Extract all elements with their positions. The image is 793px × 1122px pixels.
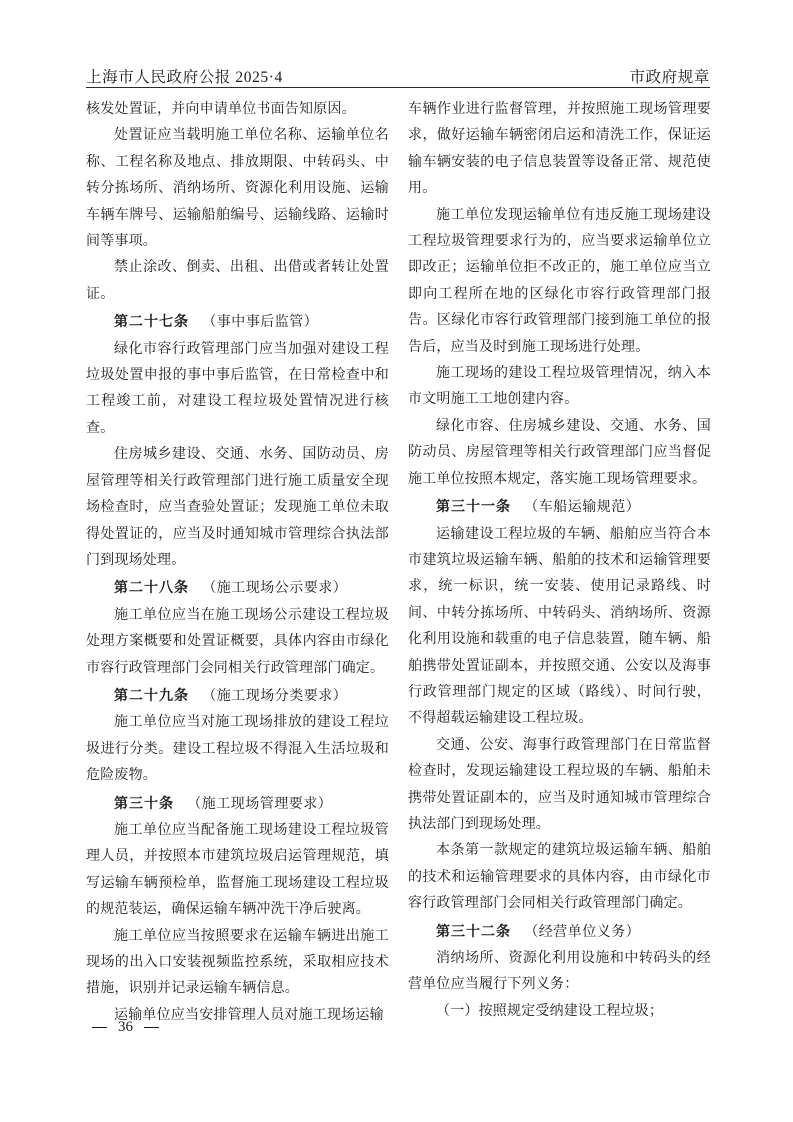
article-heading: 第二十七条（事中事后监管） (86, 308, 389, 336)
article-title: （车船运输规范） (524, 500, 640, 515)
paragraph: 施工单位应当按照要求在运输车辆进出施工现场的出入口安装视频监控系统，采取相应技术… (86, 924, 389, 1003)
paragraph: 住房城乡建设、交通、水务、国防动员、房屋管理等相关行政管理部门进行施工质量安全现… (86, 442, 389, 574)
article-heading: 第三十二条（经营单位义务） (408, 918, 711, 946)
paragraph: 消纳场所、资源化利用设施和中转码头的经营单位应当履行下列义务： (408, 946, 711, 999)
paragraph: 禁止涂改、倒卖、出租、出借或者转让处置证。 (86, 255, 389, 308)
paragraph: （一）按照规定受纳建设工程垃圾； (408, 999, 711, 1025)
paragraph: 施工单位应当对施工现场排放的建设工程垃圾进行分类。建设工程垃圾不得混入生活垃圾和… (86, 710, 389, 789)
article-heading: 第三十一条（车船运输规范） (408, 493, 711, 521)
paragraph: 施工单位应当配备施工现场建设工程垃圾管理人员，并按照本市建筑垃圾启运管理规范，填… (86, 818, 389, 924)
footer-right-dash: — (144, 1019, 159, 1036)
article-title: （施工现场管理要求） (187, 797, 332, 812)
article-title: （施工现场公示要求） (202, 581, 347, 596)
page-footer: — 36 — (92, 1019, 159, 1036)
article-number: 第三十一条 (436, 498, 511, 514)
article-number: 第二十八条 (114, 579, 189, 595)
paragraph: 施工单位发现运输单位有违反施工现场建设工程垃圾管理要求行为的，应当要求运输单位立… (408, 203, 711, 361)
article-heading: 第二十九条（施工现场分类要求） (86, 682, 389, 710)
paragraph: 交通、公安、海事行政管理部门在日常监督检查时，发现运输建设工程垃圾的车辆、船舶未… (408, 733, 711, 839)
article-title: （事中事后监管） (202, 315, 318, 330)
right-column: 车辆作业进行监督管理，并按照施工现场管理要求，做好运输车辆密闭启运和清洗工作，保… (408, 97, 711, 1029)
running-header: 上海市人民政府公报 2025·4 市政府规章 (86, 65, 710, 87)
paragraph: 处置证应当载明施工单位名称、运输单位名称、工程名称及地点、排放期限、中转码头、中… (86, 123, 389, 255)
article-number: 第二十七条 (114, 313, 189, 329)
page-number: 36 (118, 1019, 133, 1036)
paragraph: 施工单位应当在施工现场公示建设工程垃圾处理方案概要和处置证概要，具体内容由市绿化… (86, 603, 389, 682)
paragraph: 绿化市容行政管理部门应当加强对建设工程垃圾处置申报的事中事后监管，在日常检查中和… (86, 337, 389, 443)
article-number: 第三十二条 (436, 923, 511, 939)
content-body: 核发处置证，并向申请单位书面告知原因。处置证应当载明施工单位名称、运输单位名称、… (86, 97, 710, 1029)
footer-left-dash: — (92, 1019, 107, 1036)
article-title: （经营单位义务） (524, 925, 640, 940)
header-right-section: 市政府规章 (629, 65, 710, 87)
article-title: （施工现场分类要求） (202, 689, 347, 704)
paragraph: 绿化市容、住房城乡建设、交通、水务、国防动员、房屋管理等相关行政管理部门应当督促… (408, 414, 711, 493)
paragraph: 核发处置证，并向申请单位书面告知原因。 (86, 97, 389, 123)
paragraph: 车辆作业进行监督管理，并按照施工现场管理要求，做好运输车辆密闭启运和清洗工作，保… (408, 97, 711, 203)
header-left-title: 上海市人民政府公报 2025·4 (86, 65, 283, 87)
article-heading: 第二十八条（施工现场公示要求） (86, 574, 389, 602)
header-rule (86, 87, 710, 88)
left-column: 核发处置证，并向申请单位书面告知原因。处置证应当载明施工单位名称、运输单位名称、… (86, 97, 389, 1029)
article-number: 第二十九条 (114, 687, 189, 703)
paragraph: 运输建设工程垃圾的车辆、船舶应当符合本市建筑垃圾运输车辆、船舶的技术和运输管理要… (408, 522, 711, 733)
gazette-page: 上海市人民政府公报 2025·4 市政府规章 核发处置证，并向申请单位书面告知原… (0, 0, 793, 1122)
paragraph: 本条第一款规定的建筑垃圾运输车辆、船舶的技术和运输管理要求的具体内容，由市绿化市… (408, 838, 711, 917)
article-heading: 第三十条（施工现场管理要求） (86, 790, 389, 818)
article-number: 第三十条 (114, 795, 174, 811)
paragraph: 施工现场的建设工程垃圾管理情况，纳入本市文明施工工地创建内容。 (408, 361, 711, 414)
